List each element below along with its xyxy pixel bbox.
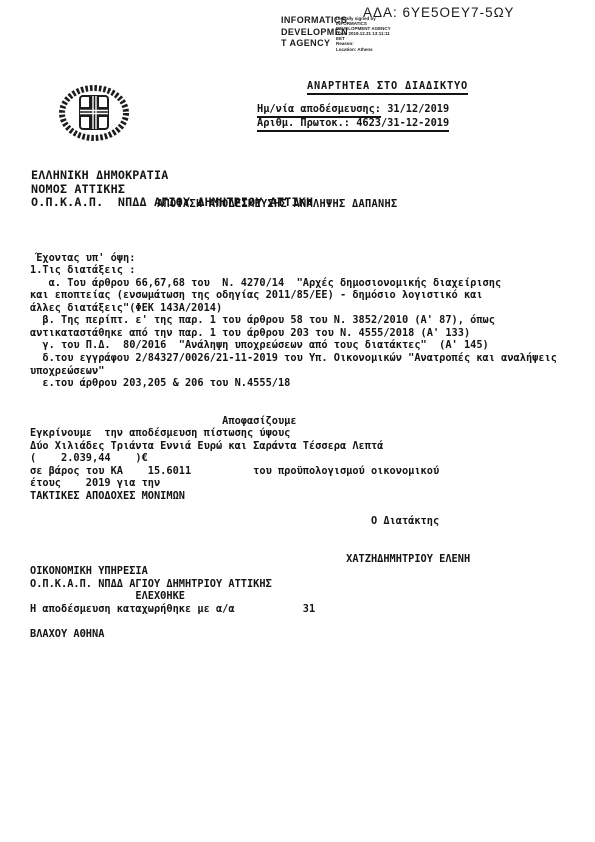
digital-signature-stamp: Digitally signed byINFORMATICSDEVELOPMEN… — [336, 16, 416, 52]
body-line: Αποφασίζουμε — [30, 415, 590, 428]
body-line: β. Της περίπτ. ε' της παρ. 1 του άρθρου … — [30, 314, 590, 327]
body-line — [30, 402, 590, 415]
body-line: Η αποδέσμευση καταχωρήθηκε με α/α 31 — [30, 603, 590, 616]
document-page: ΑΔΑ: 6ΥΕ5ΟΕΥ7-5ΩΥ INFORMATICSDEVELOPMENT… — [0, 0, 595, 842]
document-title: ΑΠΟΦΑΣΗ ΑΠΟΔΕΣΜΕΥΣΗΣ ΑΝΑΛΗΨΗΣ ΔΑΠΑΝΗΣ — [157, 198, 397, 210]
body-line: έτους 2019 για την — [30, 477, 590, 490]
body-line: Δύο Χιλιάδες Τριάντα Εννιά Ευρώ και Σαρά… — [30, 440, 590, 453]
body-line — [30, 390, 590, 403]
body-line: ΤΑΚΤΙΚΕΣ ΑΠΟΔΟΧΕΣ ΜΟΝΙΜΩΝ — [30, 490, 590, 503]
body-line: ΒΛΑΧΟΥ ΑΘΗΝΑ — [30, 628, 590, 641]
body-line: ( 2.039,44 )€ — [30, 452, 590, 465]
body-line: Έχοντας υπ' όψη: — [30, 252, 590, 265]
organization-line: ΕΛΛΗΝΙΚΗ ΔΗΜΟΚΡΑΤΙΑ — [31, 169, 313, 182]
organization-line: ΝΟΜΟΣ ΑΤΤΙΚΗΣ — [31, 183, 313, 196]
body-line: υποχρεώσεων" — [30, 365, 590, 378]
body-line: άλλες διατάξεις"(ΦΕΚ 143Α/2014) — [30, 302, 590, 315]
release-date-value: 31/12/2019 — [381, 103, 449, 115]
body-line: Εγκρίνουμε την αποδέσμευση πίστωσης ύψου… — [30, 427, 590, 440]
body-line: Ο.Π.Κ.Α.Π. ΝΠΔΔ ΑΓΙΟΥ ΔΗΜΗΤΡΙΟΥ ΑΤΤΙΚΗΣ — [30, 578, 590, 591]
release-date-label: Ημ/νία αποδέσμευσης: — [257, 103, 381, 118]
body-line: και εποπτείας (ενσωμάτωση της οδηγίας 20… — [30, 289, 590, 302]
body-line: α. Του άρθρου 66,67,68 του Ν. 4270/14 "Α… — [30, 277, 590, 290]
body-line — [30, 540, 590, 553]
body-line: ΟΙΚΟΝΟΜΙΚΗ ΥΠΗΡΕΣΙΑ — [30, 565, 590, 578]
body-line — [30, 503, 590, 516]
body-line: αντικαταστάθηκε από την παρ. 1 του άρθρο… — [30, 327, 590, 340]
body-line: γ. του Π.Δ. 80/2016 "Ανάληψη υποχρεώσεων… — [30, 339, 590, 352]
body-line: ε.του άρθρου 203,205 & 206 του Ν.4555/18 — [30, 377, 590, 390]
body-line — [30, 528, 590, 541]
body-line: 1.Τις διατάξεις : — [30, 264, 590, 277]
body-line: ΧΑΤΖΗΔΗΜΗΤΡΙΟΥ ΕΛΕΝΗ — [30, 553, 590, 566]
body-line: ΕΛΕΧΘΗΚΕ — [30, 590, 590, 603]
body-line: Ο Διατάκτης — [30, 515, 590, 528]
signature-line: Location: Athens — [336, 47, 416, 52]
body-line — [30, 616, 590, 629]
internet-posting-notice: ΑΝΑΡΤΗΤΕΑ ΣΤΟ ΔΙΑΔΙΚΤΥΟ — [307, 80, 468, 95]
release-date-line: Ημ/νία αποδέσμευσης: 31/12/2019 — [257, 103, 449, 115]
document-body: Έχοντας υπ' όψη:1.Τις διατάξεις : α. Του… — [30, 214, 590, 641]
body-line: δ.του εγγράφου 2/84327/0026/21-11-2019 τ… — [30, 352, 590, 365]
body-line: σε βάρος του ΚΑ 15.6011 του προϋπολογισμ… — [30, 465, 590, 478]
